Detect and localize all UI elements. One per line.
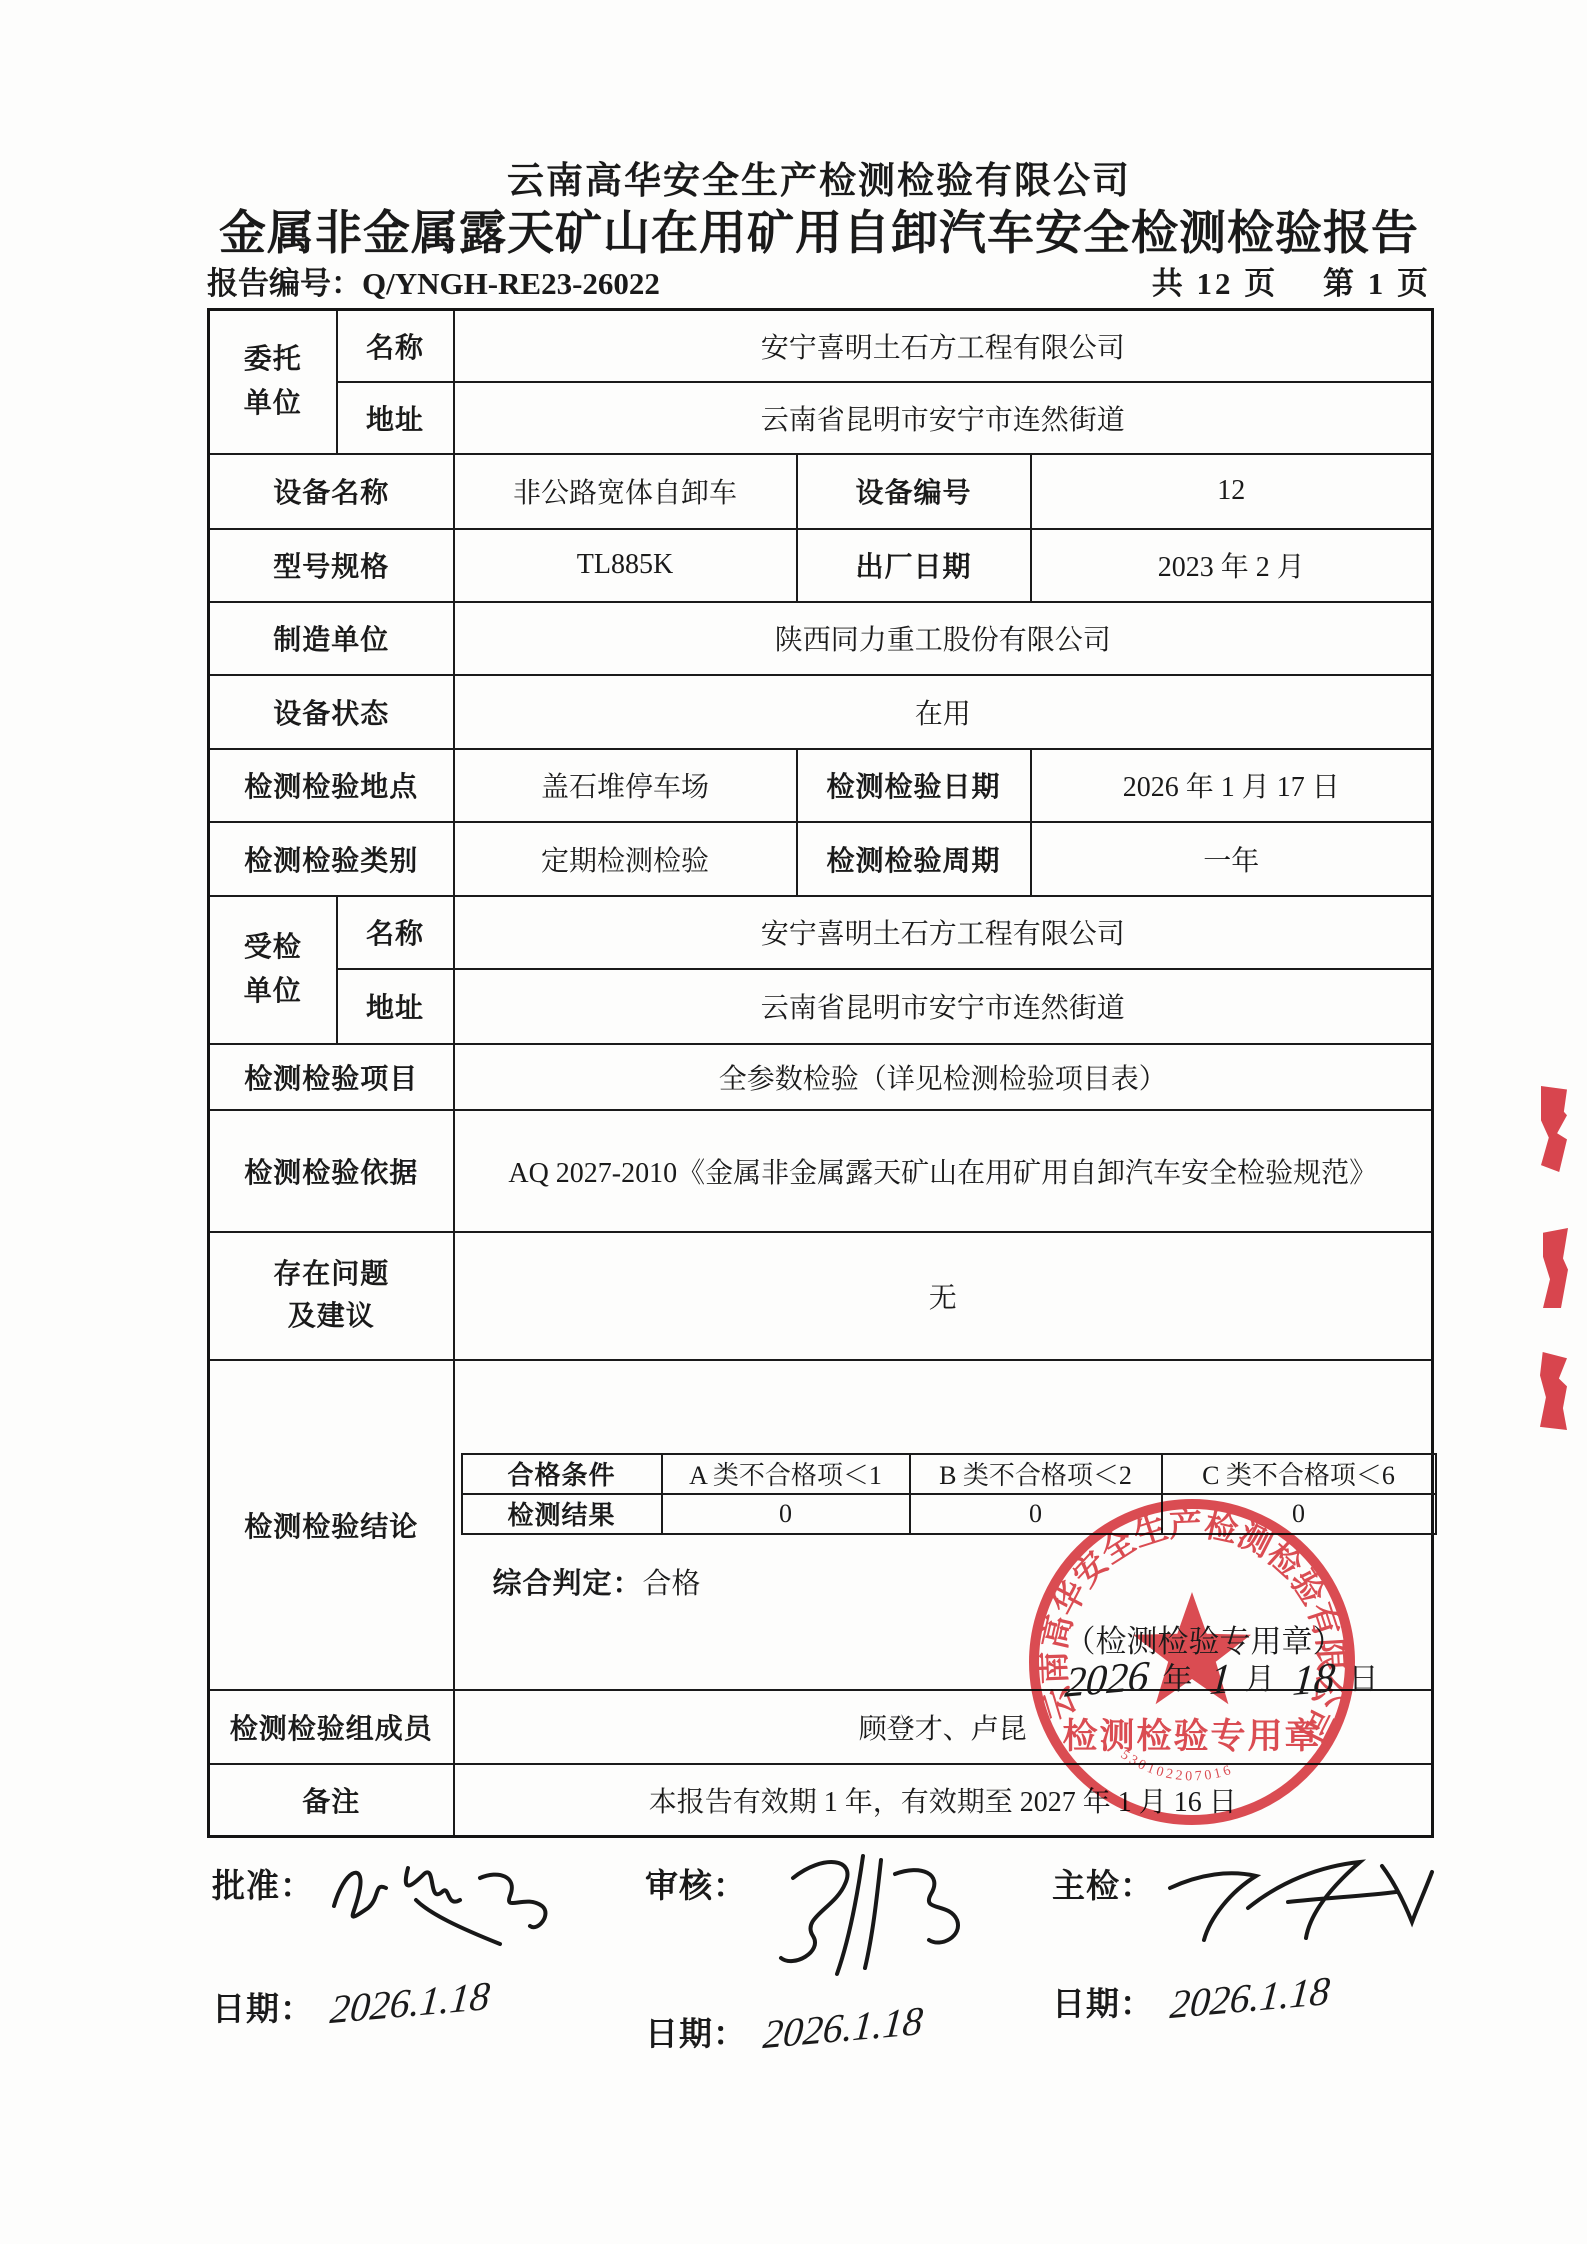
items-value: 全参数检验（详见检测检验项目表） <box>454 1044 1433 1110</box>
chief-date: 2026.1.18 <box>1169 1970 1332 2024</box>
problems-value: 无 <box>454 1232 1433 1360</box>
chief-block: 主检： 日期： 2026.1.18 <box>1052 1848 1440 2025</box>
handwritten-day: 18 <box>1291 1656 1337 1702</box>
maker-label: 制造单位 <box>209 602 454 675</box>
remark-label: 备注 <box>209 1764 454 1837</box>
device-name-label: 设备名称 <box>209 454 454 529</box>
device-no-value: 12 <box>1031 454 1433 529</box>
subject-group-label: 受检单位 <box>209 896 337 1044</box>
cond-label: 合格条件 <box>462 1454 662 1494</box>
subject-addr-label: 地址 <box>337 969 454 1044</box>
review-signature <box>753 1848 983 1978</box>
review-date-label: 日期： <box>645 1996 747 2055</box>
red-edge-mark <box>1541 1086 1567 1172</box>
device-name-value: 非公路宽体自卸车 <box>454 454 797 529</box>
red-edge-mark <box>1543 1228 1568 1308</box>
red-edge-mark <box>1540 1352 1567 1430</box>
approve-block: 批准： 日期： 2026.1.18 <box>212 1848 570 2030</box>
approve-label: 批准： <box>212 1848 314 1907</box>
report-number: 报告编号：Q/YNGH-RE23-26022 <box>207 258 660 303</box>
cond-c: C 类不合格项＜6 <box>1162 1454 1436 1494</box>
page-count: 共 12 页 第 1 页 <box>1152 258 1431 303</box>
status-value: 在用 <box>454 675 1433 749</box>
review-label: 审核： <box>645 1848 747 1907</box>
items-label: 检测检验项目 <box>209 1044 454 1110</box>
subject-name-label: 名称 <box>337 896 454 969</box>
approve-date: 2026.1.18 <box>329 1975 492 2029</box>
model-label: 型号规格 <box>209 529 454 602</box>
report-meta-row: 报告编号：Q/YNGH-RE23-26022 共 12 页 第 1 页 <box>207 258 1431 303</box>
result-label: 检测结果 <box>462 1494 662 1534</box>
conclusion-date-line: 2026年 1月 18日 <box>1055 1654 1379 1698</box>
subject-addr-value: 云南省昆明市安宁市连然街道 <box>454 969 1433 1044</box>
problems-label: 存在问题及建议 <box>209 1232 454 1360</box>
report-page: 云南高华安全生产检测检验有限公司 金属非金属露天矿山在用矿用自卸汽车安全检测检验… <box>0 0 1587 2244</box>
approve-signature <box>320 1848 570 1953</box>
report-title: 金属非金属露天矿山在用矿用自卸汽车安全检测检验报告 <box>177 196 1461 263</box>
mfg-date-value: 2023 年 2 月 <box>1031 529 1433 602</box>
insp-date-label: 检测检验日期 <box>797 749 1031 822</box>
insp-place-label: 检测检验地点 <box>209 749 454 822</box>
insp-type-value: 定期检测检验 <box>454 822 797 896</box>
maker-value: 陕西同力重工股份有限公司 <box>454 602 1433 675</box>
basis-label: 检测检验依据 <box>209 1110 454 1232</box>
cond-a: A 类不合格项＜1 <box>662 1454 910 1494</box>
chief-signature <box>1160 1848 1440 1948</box>
insp-cycle-label: 检测检验周期 <box>797 822 1031 896</box>
client-name-label: 名称 <box>337 310 454 382</box>
subject-name-value: 安宁喜明土石方工程有限公司 <box>454 896 1433 969</box>
status-label: 设备状态 <box>209 675 454 749</box>
basis-value: AQ 2027-2010《金属非金属露天矿山在用矿用自卸汽车安全检验规范》 <box>454 1110 1433 1232</box>
mfg-date-label: 出厂日期 <box>797 529 1031 602</box>
insp-type-label: 检测检验类别 <box>209 822 454 896</box>
review-block: 审核： 日期： 2026.1.18 <box>645 1848 983 2055</box>
model-value: TL885K <box>454 529 797 602</box>
review-date: 2026.1.18 <box>762 2000 925 2054</box>
team-label: 检测检验组成员 <box>209 1690 454 1764</box>
conclusion-label: 检测检验结论 <box>209 1360 454 1690</box>
client-addr-label: 地址 <box>337 382 454 454</box>
seal-banner-text: 检测检验专用章 <box>1062 1716 1321 1756</box>
handwritten-month: 1 <box>1208 1657 1233 1701</box>
result-a: 0 <box>662 1494 910 1534</box>
chief-label: 主检： <box>1052 1848 1154 1907</box>
handwritten-year: 2026 <box>1063 1655 1150 1705</box>
device-no-label: 设备编号 <box>797 454 1031 529</box>
insp-cycle-value: 一年 <box>1031 822 1433 896</box>
client-name-value: 安宁喜明土石方工程有限公司 <box>454 310 1433 382</box>
insp-date-value: 2026 年 1 月 17 日 <box>1031 749 1433 822</box>
approve-date-label: 日期： <box>212 1971 314 2030</box>
client-addr-value: 云南省昆明市安宁市连然街道 <box>454 382 1433 454</box>
chief-date-label: 日期： <box>1052 1966 1154 2025</box>
client-group-label: 委托单位 <box>209 310 337 454</box>
insp-place-value: 盖石堆停车场 <box>454 749 797 822</box>
cond-b: B 类不合格项＜2 <box>910 1454 1162 1494</box>
